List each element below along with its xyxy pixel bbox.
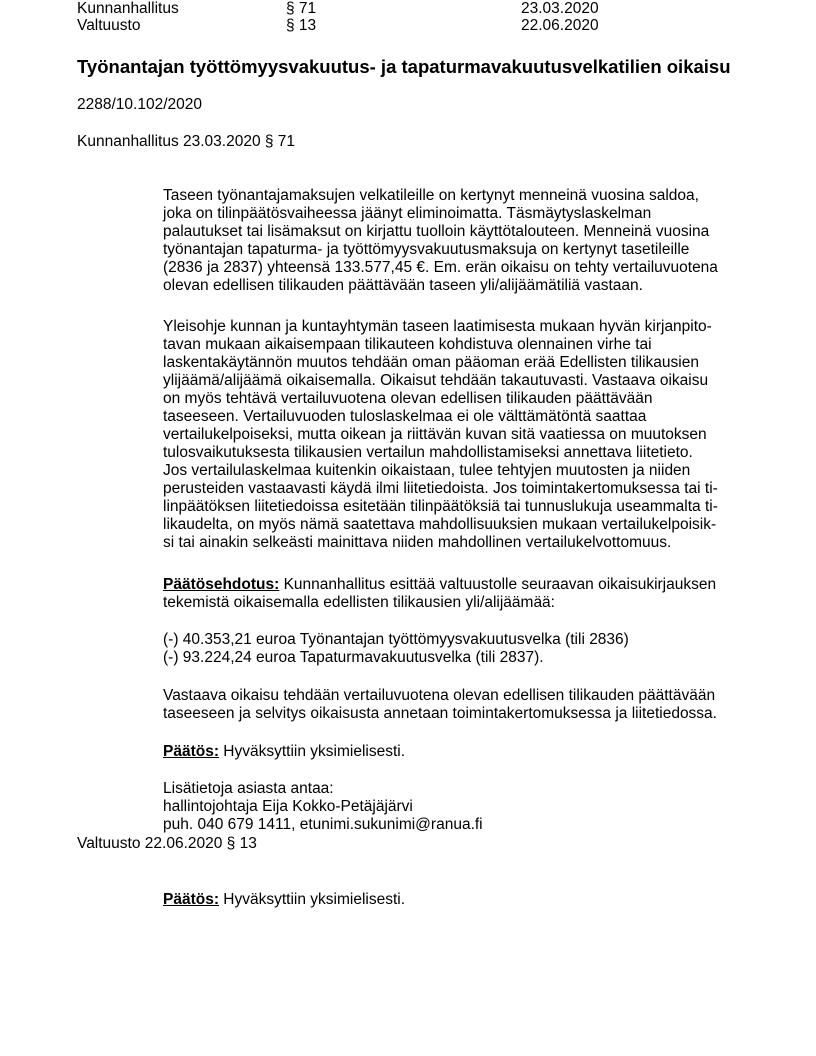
decision-proposal: Päätösehdotus: Kunnanhallitus esittää va… bbox=[163, 576, 783, 612]
proposal-label: Päätösehdotus: bbox=[163, 576, 279, 593]
paragraph-line: Taseen työnantajamaksujen velkatileille … bbox=[163, 187, 783, 205]
header-row: Kunnanhallitus § 71 23.03.2020 bbox=[77, 0, 637, 18]
paragraph-line: si tai ainakin selkeästi mainittava niid… bbox=[163, 534, 783, 552]
paragraph-line: tavan mukaan aikaisempaan tilikauteen ko… bbox=[163, 336, 783, 354]
decision-label: Päätös: bbox=[163, 891, 219, 908]
correction-entry: (-) 93.224,24 euroa Tapaturmavakuutusvel… bbox=[163, 649, 783, 667]
paragraph-line: taseeseen ja selvitys oikaisusta annetaa… bbox=[163, 705, 783, 723]
decision-2: Päätös: Hyväksyttiin yksimielisesti. bbox=[163, 891, 783, 909]
paragraph-line: ylijäämä/alijäämä oikaisemalla. Oikaisut… bbox=[163, 372, 783, 390]
paragraph-line: on myös tehtävä vertailuvuotena olevan e… bbox=[163, 390, 783, 408]
meeting-1-heading: Kunnanhallitus 23.03.2020 § 71 bbox=[77, 133, 295, 151]
header-date: 22.06.2020 bbox=[521, 17, 599, 35]
paragraph-line: (2836 ja 2837) yhteensä 133.577,45 €. Em… bbox=[163, 259, 783, 277]
paragraph-line: Vastaava oikaisu tehdään vertailuvuotena… bbox=[163, 687, 783, 705]
contact-line: Lisätietoja asiasta antaa: bbox=[163, 780, 783, 798]
paragraph-line: joka on tilinpäätösvaiheessa jäänyt elim… bbox=[163, 205, 783, 223]
decision-line: Päätös: Hyväksyttiin yksimielisesti. bbox=[163, 891, 783, 909]
paragraph-line: työnantajan tapaturma- ja työttömyysvaku… bbox=[163, 241, 783, 259]
contact-line: puh. 040 679 1411, etunimi.sukunimi@ranu… bbox=[163, 816, 783, 834]
paragraph-1: Taseen työnantajamaksujen velkatileille … bbox=[163, 187, 783, 295]
document-title: Työnantajan työttömyysvakuutus- ja tapat… bbox=[77, 56, 731, 78]
decision-text: Hyväksyttiin yksimielisesti. bbox=[219, 743, 405, 760]
decision-1: Päätös: Hyväksyttiin yksimielisesti. bbox=[163, 743, 783, 761]
paragraph-line: Jos vertailulaskelmaa kuitenkin oikaista… bbox=[163, 462, 783, 480]
header-body: Kunnanhallitus bbox=[77, 0, 179, 18]
paragraph-line: palautukset tai lisämaksut on kirjattu t… bbox=[163, 223, 783, 241]
proposal-line: Päätösehdotus: Kunnanhallitus esittää va… bbox=[163, 576, 783, 594]
diary-number: 2288/10.102/2020 bbox=[77, 96, 202, 114]
paragraph-line: tulosvaikutuksesta tilikausien vertailun… bbox=[163, 444, 783, 462]
header-section: § 71 bbox=[286, 0, 316, 18]
contact-info: Lisätietoja asiasta antaa: hallintojohta… bbox=[163, 780, 783, 834]
proposal-line: tekemistä oikaisemalla edellisten tilika… bbox=[163, 594, 783, 612]
paragraph-line: linpäätöksen liitetiedoissa esitetään ti… bbox=[163, 498, 783, 516]
header-row: Valtuusto § 13 22.06.2020 bbox=[77, 17, 637, 35]
meeting-2-heading: Valtuusto 22.06.2020 § 13 bbox=[77, 835, 257, 853]
decision-label: Päätös: bbox=[163, 743, 219, 760]
proposal-text: Kunnanhallitus esittää valtuustolle seur… bbox=[279, 576, 716, 593]
decision-text: Hyväksyttiin yksimielisesti. bbox=[219, 891, 405, 908]
contact-line: hallintojohtaja Eija Kokko-Petäjäjärvi bbox=[163, 798, 783, 816]
header-section: § 13 bbox=[286, 17, 316, 35]
paragraph-line: laskentakäytännön muutos tehdään oman pä… bbox=[163, 354, 783, 372]
decision-line: Päätös: Hyväksyttiin yksimielisesti. bbox=[163, 743, 783, 761]
paragraph-line: vertailukelpoiseksi, mutta oikean ja rii… bbox=[163, 426, 783, 444]
paragraph-line: olevan edellisen tilikauden päättävään t… bbox=[163, 277, 783, 295]
header-body: Valtuusto bbox=[77, 17, 140, 35]
paragraph-3: Vastaava oikaisu tehdään vertailuvuotena… bbox=[163, 687, 783, 723]
paragraph-line: perusteiden vastaavasti käydä ilmi liite… bbox=[163, 480, 783, 498]
paragraph-line: taseeseen. Vertailuvuoden tuloslaskelmaa… bbox=[163, 408, 783, 426]
correction-entries: (-) 40.353,21 euroa Työnantajan työttömy… bbox=[163, 631, 783, 667]
correction-entry: (-) 40.353,21 euroa Työnantajan työttömy… bbox=[163, 631, 783, 649]
paragraph-2: Yleisohje kunnan ja kuntayhtymän taseen … bbox=[163, 318, 783, 552]
paragraph-line: likaudelta, on myös nämä saatettava mahd… bbox=[163, 516, 783, 534]
paragraph-line: Yleisohje kunnan ja kuntayhtymän taseen … bbox=[163, 318, 783, 336]
header-date: 23.03.2020 bbox=[521, 0, 599, 18]
